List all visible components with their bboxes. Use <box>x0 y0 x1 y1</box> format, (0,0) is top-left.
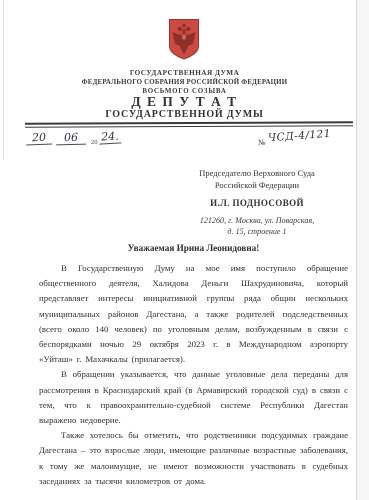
salutation: Уважаемая Ирина Леонидовна! <box>39 243 348 253</box>
letterhead-divider-rule <box>25 121 353 128</box>
letter-body: Уважаемая Ирина Леонидовна! В Государств… <box>39 243 348 489</box>
handwritten-date-month: 06 <box>56 131 86 146</box>
body-paragraph: В обращении указывается, что данные угол… <box>39 367 348 428</box>
addressee-position-line: Председателю Верховного Суда <box>152 168 362 180</box>
org-name-line: ФЕДЕРАЛЬНОГО СОБРАНИЯ РОССИЙСКОЙ ФЕДЕРАЦ… <box>0 78 369 87</box>
addressee-address-line: д. 15, строение 1 <box>152 227 362 238</box>
deputy-title: Д Е П У Т А Т <box>0 94 369 110</box>
body-paragraph: Также хотелось бы отметить, что родствен… <box>39 428 348 489</box>
addressee-name: И.Л. ПОДНОСОВОЙ <box>152 198 362 210</box>
org-name-line: ГОСУДАРСТВЕННАЯ ДУМА <box>0 69 369 78</box>
handwritten-date-year: 24. <box>99 129 122 144</box>
printed-year-prefix: 20 <box>91 139 98 146</box>
handwritten-document-number: ЧСД-4/121 <box>268 128 332 144</box>
body-paragraph: В Государственную Думу на мое имя поступ… <box>39 261 348 367</box>
addressee-position-line: Российской Федерации <box>152 180 362 192</box>
addressee-address-line: 121260, г. Москва, ул. Поварская, <box>152 216 362 227</box>
russia-coat-of-arms-icon <box>167 17 201 62</box>
addressee-block: Председателю Верховного Суда Российской … <box>152 168 362 237</box>
handwritten-date-day: 20 <box>26 131 52 146</box>
scanned-letter-page: ГОСУДАРСТВЕННАЯ ДУМА ФЕДЕРАЛЬНОГО СОБРАН… <box>0 0 369 500</box>
deputy-title-subline: ГОСУДАРСТВЕННОЙ ДУМЫ <box>0 109 369 120</box>
document-number-label: № <box>258 138 266 147</box>
letterhead-organization: ГОСУДАРСТВЕННАЯ ДУМА ФЕДЕРАЛЬНОГО СОБРАН… <box>0 69 369 96</box>
